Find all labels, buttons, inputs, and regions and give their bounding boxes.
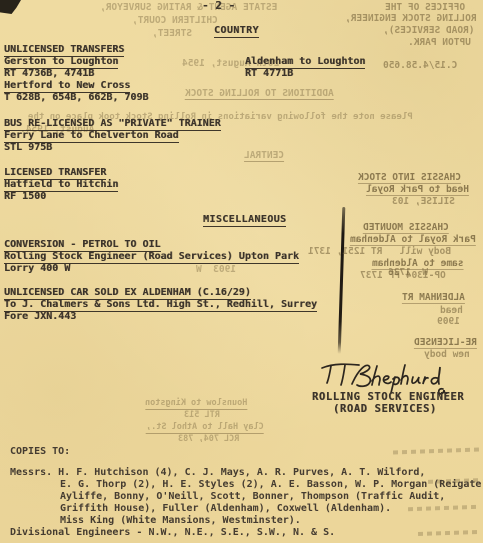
bleedthrough-text: ALDENHAM RT xyxy=(402,292,465,304)
copies-to-label: COPIES TO: xyxy=(10,446,70,458)
bleedthrough-text: RE-LICENSED xyxy=(414,337,477,349)
bleedthrough-text: 1909 xyxy=(437,316,460,327)
pencil-scribble xyxy=(393,448,479,455)
car-sold-registration: Fore JXN.443 xyxy=(4,311,76,323)
bleedthrough-text: W 1726 xyxy=(388,267,428,278)
pencil-scribble xyxy=(408,505,480,512)
page-number: - 2 - xyxy=(202,0,235,12)
copies-line: E. G. Thorp (2), H. E. Styles (2), A. E.… xyxy=(60,479,483,491)
stock-rt4736b: RT 4736B, 4741B xyxy=(4,68,94,80)
bleedthrough-text: (ROAD SERVICES), xyxy=(383,25,475,36)
bleedthrough-text: 1903 W xyxy=(196,264,236,275)
bleedthrough-text: STREET, xyxy=(152,28,192,39)
bleedthrough-text: SILISE, 103 xyxy=(392,196,455,207)
bleedthrough-text: ADDITIONS TO ROLLING STOCK xyxy=(185,88,334,100)
copies-line: Griffith House), Fuller (Aldenham), Coxw… xyxy=(60,503,391,515)
bleedthrough-text: Hounslow to Kingston xyxy=(145,398,247,410)
bleedthrough-text: C.15/4.58.650 xyxy=(383,60,457,71)
typewritten-memo-page: ESTATE AGENT & RATING SURVEYOR, CHILTERN… xyxy=(0,0,483,543)
bleedthrough-text: Head to Park Royal xyxy=(366,184,469,196)
bleedthrough-text: CHILTERN COURT, xyxy=(132,15,218,26)
copies-line: Messrs. H. F. Hutchison (4), C. J. Mays,… xyxy=(10,467,425,479)
bleedthrough-text: RTL 513 xyxy=(184,410,220,421)
vertical-ink-line xyxy=(338,207,346,354)
bleedthrough-text: CENTRAL xyxy=(244,150,284,162)
binding-ink-mark xyxy=(0,0,21,14)
divisional-engineers-line: Divisional Engineers - N.W., N.E., S.E.,… xyxy=(10,527,335,539)
bleedthrough-text: CHASSIS MOUNTED xyxy=(363,222,449,234)
bleedthrough-text: head xyxy=(440,305,463,316)
stock-t628b: T 628B, 654B, 662B, 709B xyxy=(4,92,149,104)
bleedthrough-text: CHASSIS INTO STOCK xyxy=(358,172,461,184)
bleedthrough-text: UPTON PARK. xyxy=(408,37,471,48)
pencil-scribble xyxy=(418,530,478,536)
bleedthrough-text: Body will RT 1251, 1371 xyxy=(308,246,451,257)
bleedthrough-text: Park Royal to Aldenham xyxy=(350,234,476,246)
signatory-title: ROLLING STOCK ENGINEER xyxy=(312,391,464,403)
signatory-department: (ROAD SERVICES) xyxy=(333,403,437,415)
copies-line: Miss King (White Mansions, Westminster). xyxy=(60,515,301,527)
bleedthrough-text: ESTATE AGENT & RATING SURVEYOR, xyxy=(100,2,277,13)
heading-country: COUNTRY xyxy=(214,25,259,38)
bleedthrough-text: ROLLING STOCK ENGINEER, xyxy=(345,13,477,24)
stock-stl975b: STL 975B xyxy=(4,142,52,154)
bleedthrough-text: RCL 704, 783 xyxy=(178,434,239,445)
copies-line: Ayliffe, Bonny, O'Neill, Scott, Bonner, … xyxy=(60,491,445,503)
bleedthrough-text: OFFICES OF THE xyxy=(385,2,465,13)
stock-rt4771b: RT 4771B xyxy=(245,68,293,80)
conversion-vehicle: Lorry 400 W xyxy=(4,263,70,275)
heading-miscellaneous: MISCELLANEOUS xyxy=(203,214,286,227)
bleedthrough-text: Clay Hall to Athol St., xyxy=(146,422,264,434)
stock-rf1500: RF 1500 xyxy=(4,191,46,203)
